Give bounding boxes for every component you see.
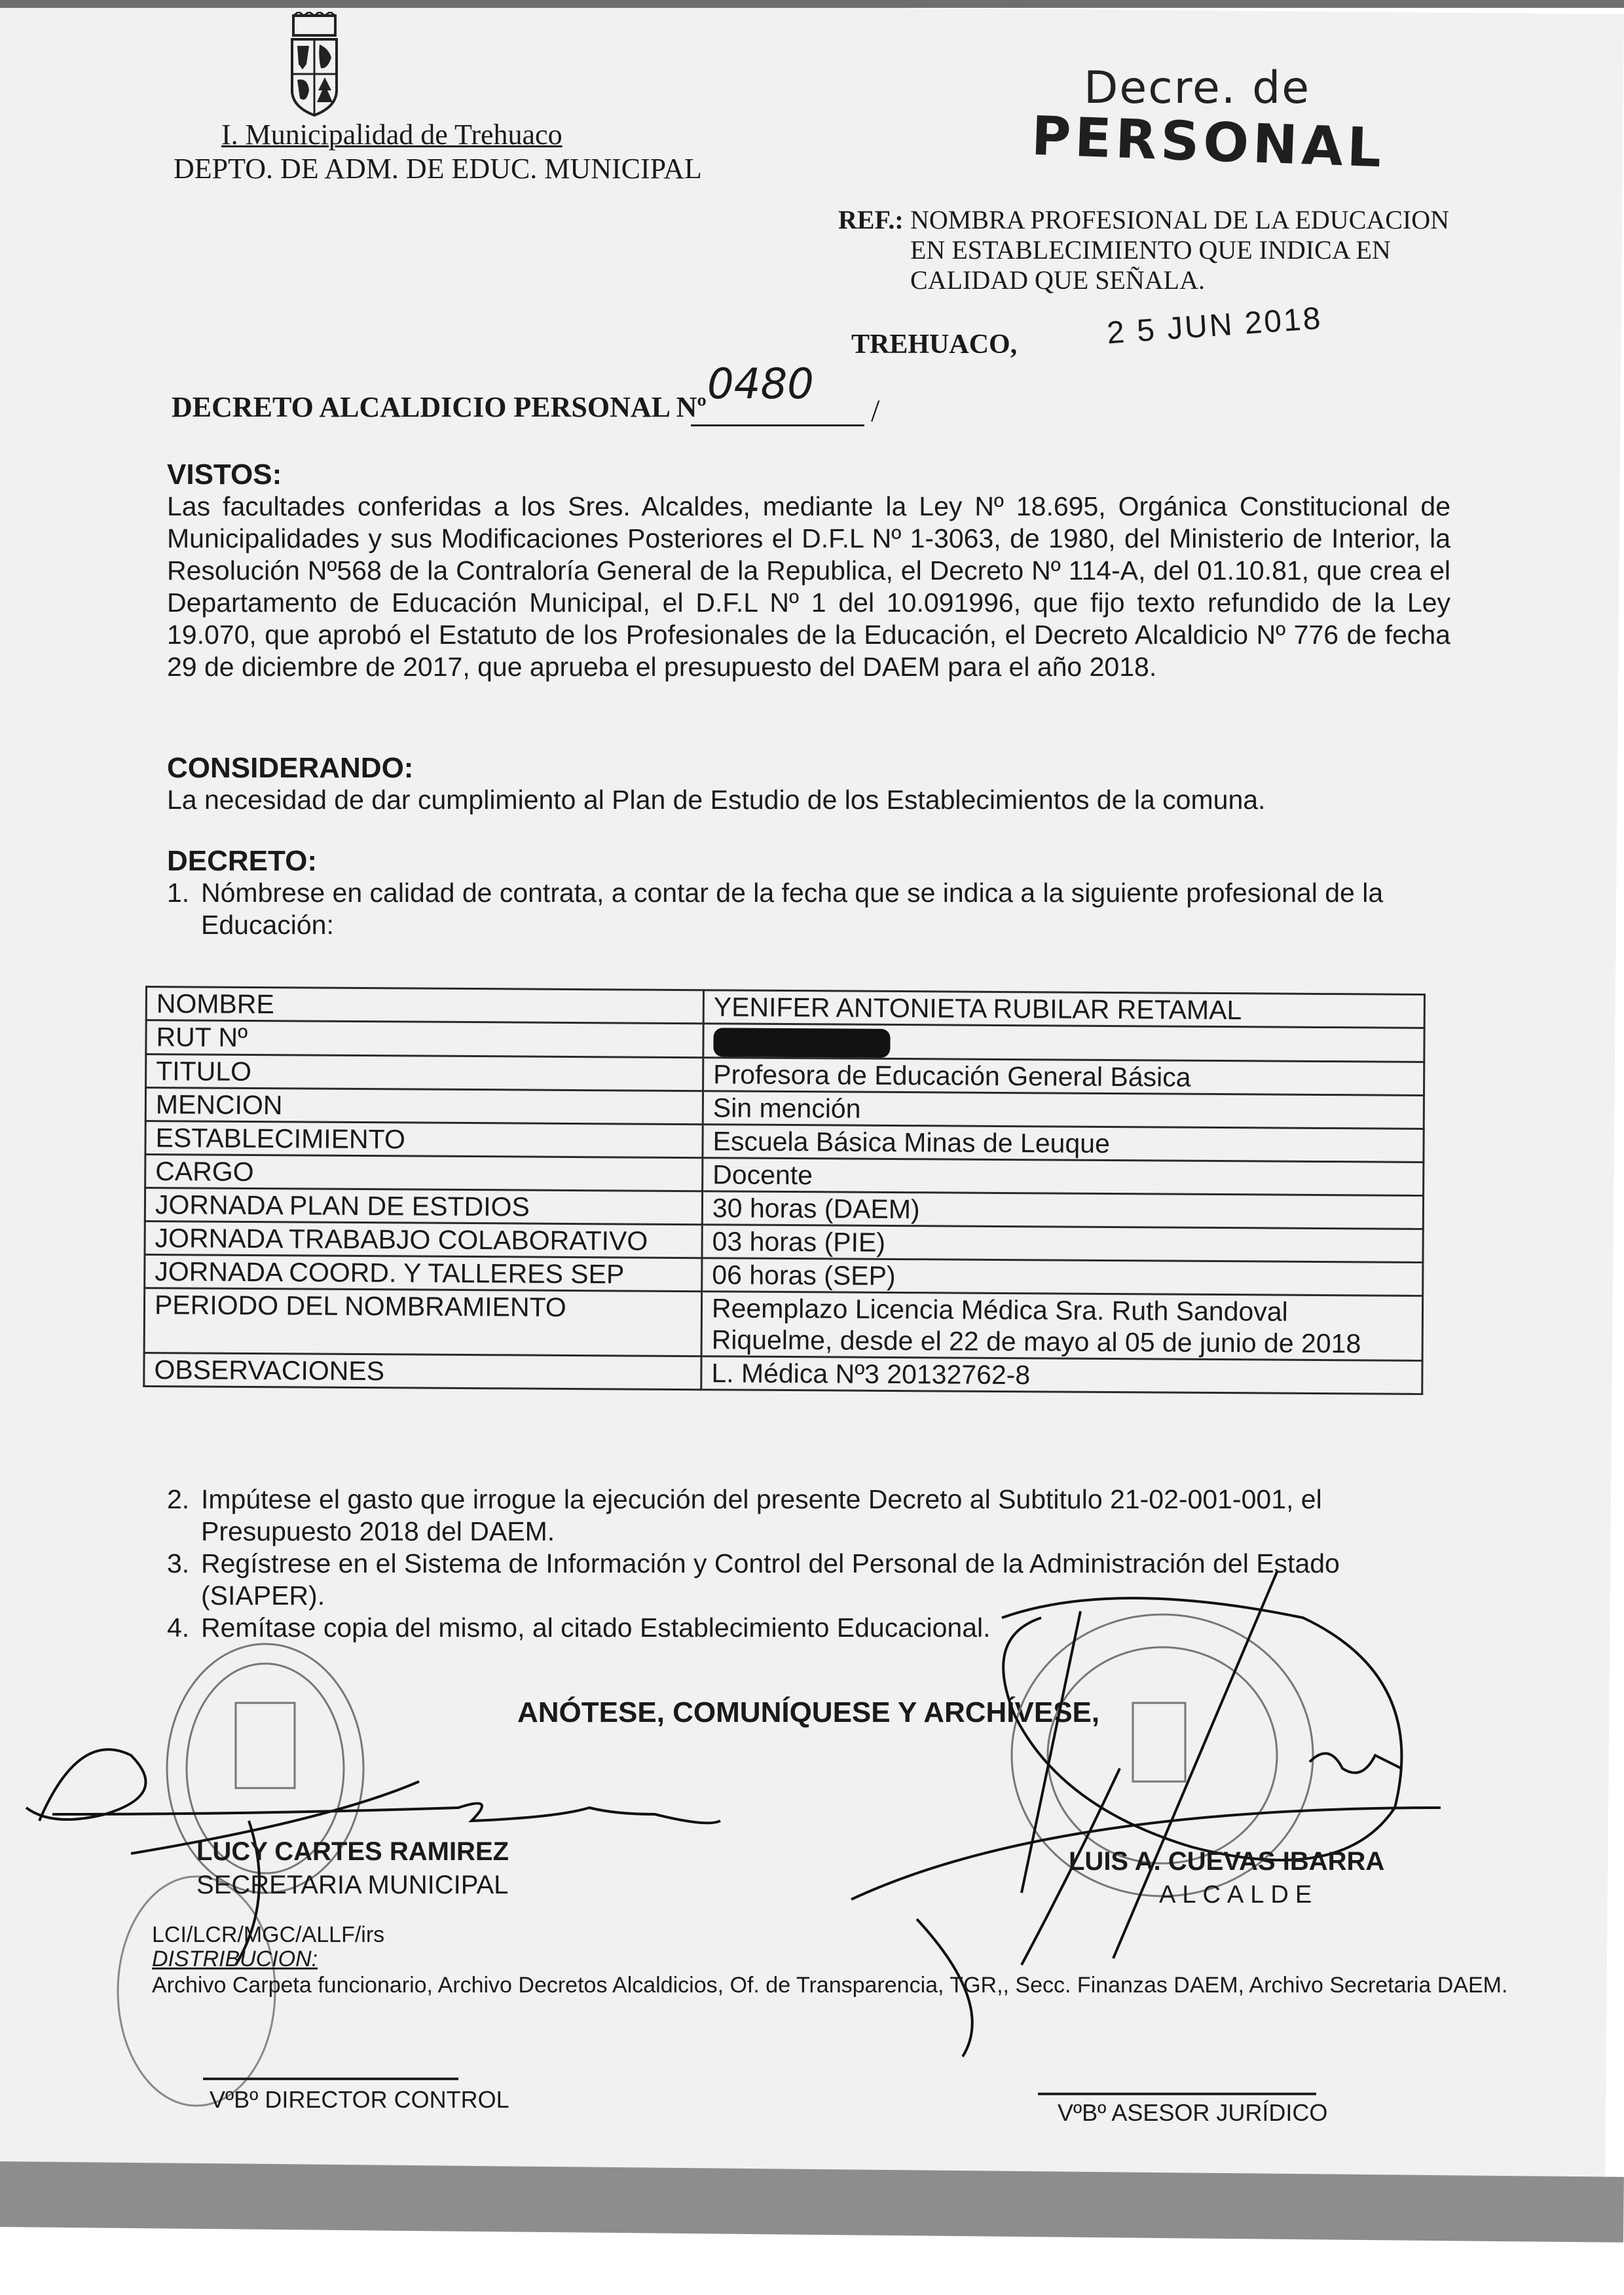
- row-label: RUT Nº: [146, 1020, 703, 1058]
- row-value-redacted: [703, 1024, 1424, 1062]
- appointment-table: NOMBREYENIFER ANTONIETA RUBILAR RETAMALR…: [143, 986, 1426, 1395]
- decree-item-number: 1.: [167, 877, 201, 941]
- decree-number-line: [691, 424, 864, 426]
- row-label: OBSERVACIONES: [144, 1353, 701, 1390]
- ref-label: REF.:: [838, 204, 904, 235]
- row-value: Reemplazo Licencia Médica Sra. Ruth Sand…: [701, 1292, 1423, 1361]
- decree-item-3: 3. Regístrese en el Sistema de Informaci…: [167, 1548, 1464, 1612]
- considerando-section: CONSIDERANDO: La necesidad de dar cumpli…: [167, 752, 1450, 816]
- initials: LCI/LCR/MGC/ALLF/irs: [152, 1922, 384, 1948]
- decree-item-text: Nómbrese en calidad de contrata, a conta…: [201, 877, 1450, 941]
- decree-item-2: 2. Impútese el gasto que irrogue la ejec…: [167, 1483, 1464, 1548]
- vb-director-control: VºBº DIRECTOR CONTROL: [210, 2086, 509, 2114]
- row-label: MENCION: [145, 1088, 703, 1125]
- table-row: OBSERVACIONESL. Médica Nº3 20132762-8: [144, 1353, 1422, 1394]
- department-name: DEPTO. DE ADM. DE EDUC. MUNICIPAL: [174, 152, 702, 185]
- decree-item-number: 4.: [167, 1612, 201, 1644]
- considerando-heading: CONSIDERANDO:: [167, 752, 1450, 784]
- row-value: 30 horas (DAEM): [702, 1191, 1423, 1229]
- table-row: PERIODO DEL NOMBRAMIENTOReemplazo Licenc…: [144, 1288, 1423, 1361]
- vistos-text: Las facultades conferidas a los Sres. Al…: [167, 491, 1450, 683]
- redaction-mark: [713, 1028, 890, 1058]
- municipality-name: I. Municipalidad de Trehuaco: [221, 118, 563, 151]
- closing-formula: ANÓTESE, COMUNÍQUESE Y ARCHÍVESE,: [517, 1696, 1099, 1729]
- vb-asesor-juridico: VºBº ASESOR JURÍDICO: [1058, 2099, 1327, 2127]
- row-value: 06 horas (SEP): [702, 1258, 1423, 1296]
- row-label: JORNADA PLAN DE ESTDIOS: [145, 1188, 702, 1225]
- mayor-name: LUIS A. CUEVAS IBARRA: [1069, 1847, 1384, 1876]
- decree-item-4: 4. Remítase copia del mismo, al citado E…: [167, 1612, 1464, 1644]
- row-label: JORNADA TRABABJO COLABORATIVO: [145, 1222, 702, 1258]
- ref-line-3: CALIDAD QUE SEÑALA.: [910, 265, 1205, 295]
- decree-items-continued: 2. Impútese el gasto que irrogue la ejec…: [167, 1483, 1464, 1644]
- row-value: 03 horas (PIE): [702, 1225, 1423, 1263]
- row-label: ESTABLECIMIENTO: [145, 1121, 703, 1158]
- row-label: TITULO: [146, 1054, 703, 1091]
- coat-of-arms-icon: [288, 12, 341, 117]
- city-label: TREHUACO,: [851, 329, 1017, 360]
- considerando-text: La necesidad de dar cumplimiento al Plan…: [167, 784, 1450, 816]
- decree-item-number: 3.: [167, 1548, 201, 1612]
- row-value: Docente: [703, 1158, 1424, 1196]
- decreto-section: DECRETO: 1. Nómbrese en calidad de contr…: [167, 845, 1450, 941]
- decree-title: DECRETO ALCALDICIO PERSONAL Nº: [172, 390, 707, 424]
- row-label: JORNADA COORD. Y TALLERES SEP: [145, 1255, 702, 1292]
- row-value: YENIFER ANTONIETA RUBILAR RETAMAL: [703, 990, 1424, 1028]
- row-value: Profesora de Educación General Básica: [703, 1058, 1424, 1096]
- decree-item-text: Remítase copia del mismo, al citado Esta…: [201, 1612, 991, 1644]
- decree-item-number: 2.: [167, 1483, 201, 1548]
- distribution-label: DISTRIBUCION:: [152, 1947, 318, 1972]
- mayor-role: ALCALDE: [1159, 1881, 1318, 1909]
- ref-line-1: NOMBRA PROFESIONAL DE LA EDUCACION: [910, 204, 1449, 235]
- decree-item-1: 1. Nómbrese en calidad de contrata, a co…: [167, 877, 1450, 941]
- scan-edge: [0, 0, 1624, 8]
- vistos-section: VISTOS: Las facultades conferidas a los …: [167, 458, 1450, 683]
- row-label: PERIODO DEL NOMBRAMIENTO: [144, 1288, 702, 1356]
- decree-number-slash: /: [871, 393, 879, 429]
- ref-line-2: EN ESTABLECIMIENTO QUE INDICA EN: [910, 234, 1391, 265]
- decreto-heading: DECRETO:: [167, 845, 1450, 877]
- row-label: CARGO: [145, 1155, 703, 1191]
- signature-line-legal: [1038, 2093, 1316, 2095]
- decree-item-text: Regístrese en el Sistema de Información …: [201, 1548, 1464, 1612]
- decree-number-handwritten: 0480: [707, 360, 814, 409]
- row-value: Escuela Básica Minas de Leuque: [703, 1125, 1424, 1163]
- secretary-role: SECRETARIA MUNICIPAL: [196, 1871, 508, 1900]
- row-label: NOMBRE: [146, 987, 703, 1024]
- distribution-list: Archivo Carpeta funcionario, Archivo Dec…: [152, 1973, 1507, 1998]
- signature-line-control: [203, 2078, 458, 2080]
- secretary-name: LUCY CARTES RAMIREZ: [196, 1837, 509, 1867]
- stamp-decree-type-line1: Decre. de: [1084, 62, 1310, 114]
- row-value: Sin mención: [703, 1091, 1424, 1129]
- row-value: L. Médica Nº3 20132762-8: [701, 1356, 1422, 1394]
- vistos-heading: VISTOS:: [167, 458, 1450, 491]
- decree-item-text: Impútese el gasto que irrogue la ejecuci…: [201, 1483, 1464, 1548]
- stamp-decree-type-line2: PERSONAL: [1031, 105, 1386, 180]
